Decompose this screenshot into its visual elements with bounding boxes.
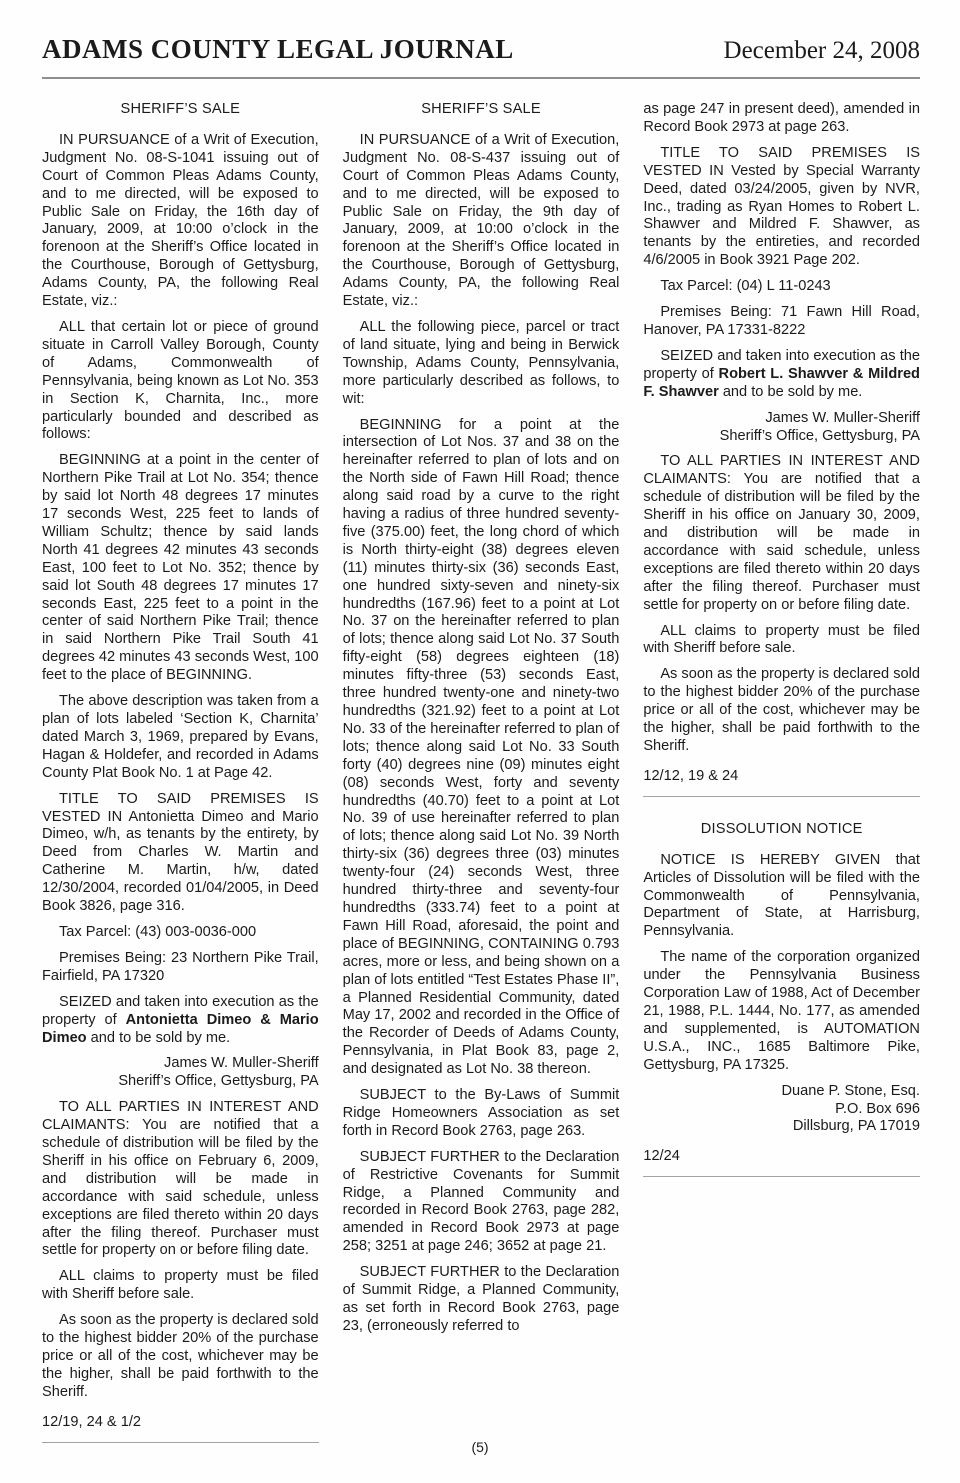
notice-paragraph: NOTICE IS HEREBY GIVEN that Articles of … (643, 852, 920, 942)
notice-paragraph: ALL claims to property must be filed wit… (643, 623, 920, 659)
notice-paragraph: ALL claims to property must be filed wit… (42, 1268, 319, 1304)
journal-page: ADAMS COUNTY LEGAL JOURNAL December 24, … (0, 0, 960, 1483)
continued-paragraph: as page 247 in present deed), amended in… (643, 101, 920, 137)
issue-date: December 24, 2008 (724, 37, 920, 65)
notice-paragraph: IN PURSUANCE of a Writ of Execution, Jud… (343, 132, 620, 311)
premises-line: Premises Being: 71 Fawn Hill Road, Hanov… (643, 304, 920, 340)
premises-line: Premises Being: 23 Northern Pike Trail, … (42, 950, 319, 986)
journal-title: ADAMS COUNTY LEGAL JOURNAL (42, 34, 514, 65)
publication-dates: 12/19, 24 & 1/2 (42, 1414, 319, 1432)
header-rule (42, 77, 920, 79)
page-number: (5) (0, 1439, 960, 1455)
columns: SHERIFF’S SALE IN PURSUANCE of a Writ of… (42, 101, 920, 1443)
attribution-sheriff-office: Sheriff’s Office, Gettysburg, PA (643, 428, 920, 446)
masthead: ADAMS COUNTY LEGAL JOURNAL December 24, … (42, 34, 920, 65)
notice-paragraph: The name of the corporation organized un… (643, 949, 920, 1074)
notice-paragraph: BEGINNING for a point at the intersectio… (343, 417, 620, 1080)
seized-text: and to be sold by me. (719, 384, 863, 400)
seized-text: and to be sold by me. (87, 1030, 231, 1046)
tax-parcel-line: Tax Parcel: (43) 003-0036-000 (42, 924, 319, 942)
notice-paragraph: TITLE TO SAID PREMISES IS VESTED IN Vest… (643, 145, 920, 270)
attribution-attorney-city: Dillsburg, PA 17019 (643, 1118, 920, 1136)
attribution-sheriff-name: James W. Muller-Sheriff (643, 410, 920, 428)
notice-paragraph: As soon as the property is declared sold… (42, 1312, 319, 1402)
notice-paragraph: TITLE TO SAID PREMISES IS VESTED IN Anto… (42, 791, 319, 916)
seized-paragraph: SEIZED and taken into execution as the p… (42, 994, 319, 1048)
notice-heading-sheriffs-sale-2: SHERIFF’S SALE (343, 101, 620, 119)
section-divider-rule (643, 796, 920, 797)
column-3: as page 247 in present deed), amended in… (643, 101, 920, 1443)
notice-paragraph: SUBJECT to the By-Laws of Summit Ridge H… (343, 1087, 620, 1141)
seized-paragraph: SEIZED and taken into execution as the p… (643, 348, 920, 402)
notice-paragraph: BEGINNING at a point in the center of No… (42, 452, 319, 685)
notice-paragraph: IN PURSUANCE of a Writ of Execution, Jud… (42, 132, 319, 311)
attribution-sheriff-office: Sheriff’s Office, Gettysburg, PA (42, 1073, 319, 1091)
notice-paragraph: SUBJECT FURTHER to the Declaration of Su… (343, 1264, 620, 1336)
attribution-attorney-name: Duane P. Stone, Esq. (643, 1083, 920, 1101)
notice-paragraph: ALL that certain lot or piece of ground … (42, 319, 319, 444)
notice-heading-sheriffs-sale-1: SHERIFF’S SALE (42, 101, 319, 119)
notice-paragraph: TO ALL PARTIES IN INTEREST AND CLAIMANTS… (42, 1099, 319, 1260)
column-1: SHERIFF’S SALE IN PURSUANCE of a Writ of… (42, 101, 319, 1443)
column-2: SHERIFF’S SALE IN PURSUANCE of a Writ of… (343, 101, 620, 1443)
publication-dates: 12/24 (643, 1148, 920, 1166)
attribution-sheriff-name: James W. Muller-Sheriff (42, 1055, 319, 1073)
notice-paragraph: SUBJECT FURTHER to the Declaration of Re… (343, 1149, 620, 1256)
column-end-rule (643, 1176, 920, 1177)
notice-paragraph: ALL the following piece, parcel or tract… (343, 319, 620, 409)
notice-paragraph: TO ALL PARTIES IN INTEREST AND CLAIMANTS… (643, 453, 920, 614)
attribution-attorney-po-box: P.O. Box 696 (643, 1101, 920, 1119)
notice-heading-dissolution: DISSOLUTION NOTICE (643, 821, 920, 839)
tax-parcel-line: Tax Parcel: (04) L 11-0243 (643, 278, 920, 296)
publication-dates: 12/12, 19 & 24 (643, 768, 920, 786)
notice-paragraph: As soon as the property is declared sold… (643, 666, 920, 756)
notice-paragraph: The above description was taken from a p… (42, 693, 319, 783)
